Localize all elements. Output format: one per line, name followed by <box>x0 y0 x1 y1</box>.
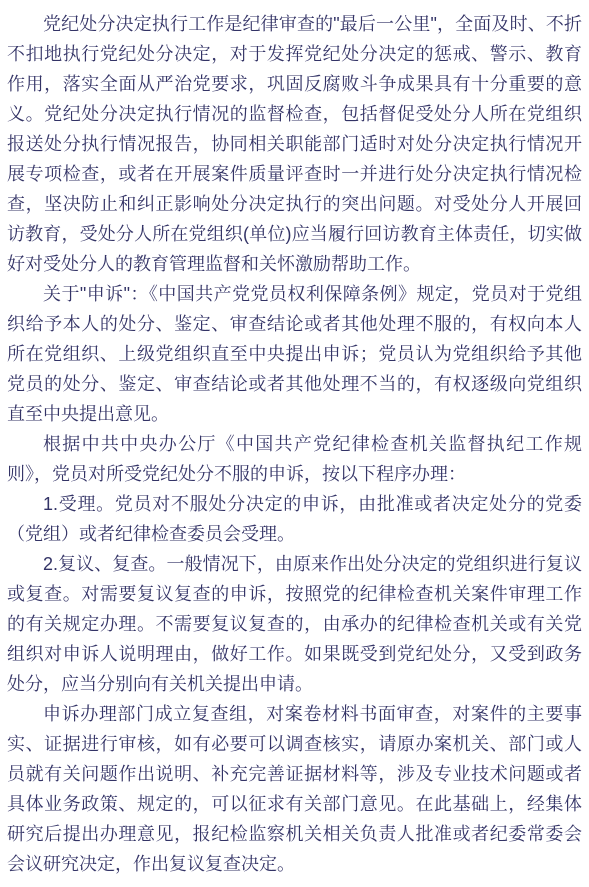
paragraph-about-appeal: 关于"申诉"：《中国共产党党员权利保障条例》规定，党员对于党组织给予本人的处分、… <box>7 279 582 429</box>
document-page: 党纪处分决定执行工作是纪律审查的"最后一公里"，全面及时、不折不扣地执行党纪处分… <box>0 0 589 887</box>
paragraph-step-2-review: 2.复议、复查。一般情况下，由原来作出处分决定的党组织进行复议或复查。对需要复议… <box>7 549 582 699</box>
paragraph-step-1-acceptance: 1.受理。党员对不服处分决定的申诉，由批准或者决定处分的党委（党组）或者纪律检查… <box>7 489 582 549</box>
paragraph-discipline-execution: 党纪处分决定执行工作是纪律审查的"最后一公里"，全面及时、不折不扣地执行党纪处分… <box>7 9 582 279</box>
paragraph-review-group-process: 申诉办理部门成立复查组，对案卷材料书面审查，对案件的主要事实、证据进行审核，如有… <box>7 699 582 879</box>
paragraph-appeal-procedure-intro: 根据中共中央办公厅《中国共产党纪律检查机关监督执纪工作规则》，党员对所受党纪处分… <box>7 429 582 489</box>
